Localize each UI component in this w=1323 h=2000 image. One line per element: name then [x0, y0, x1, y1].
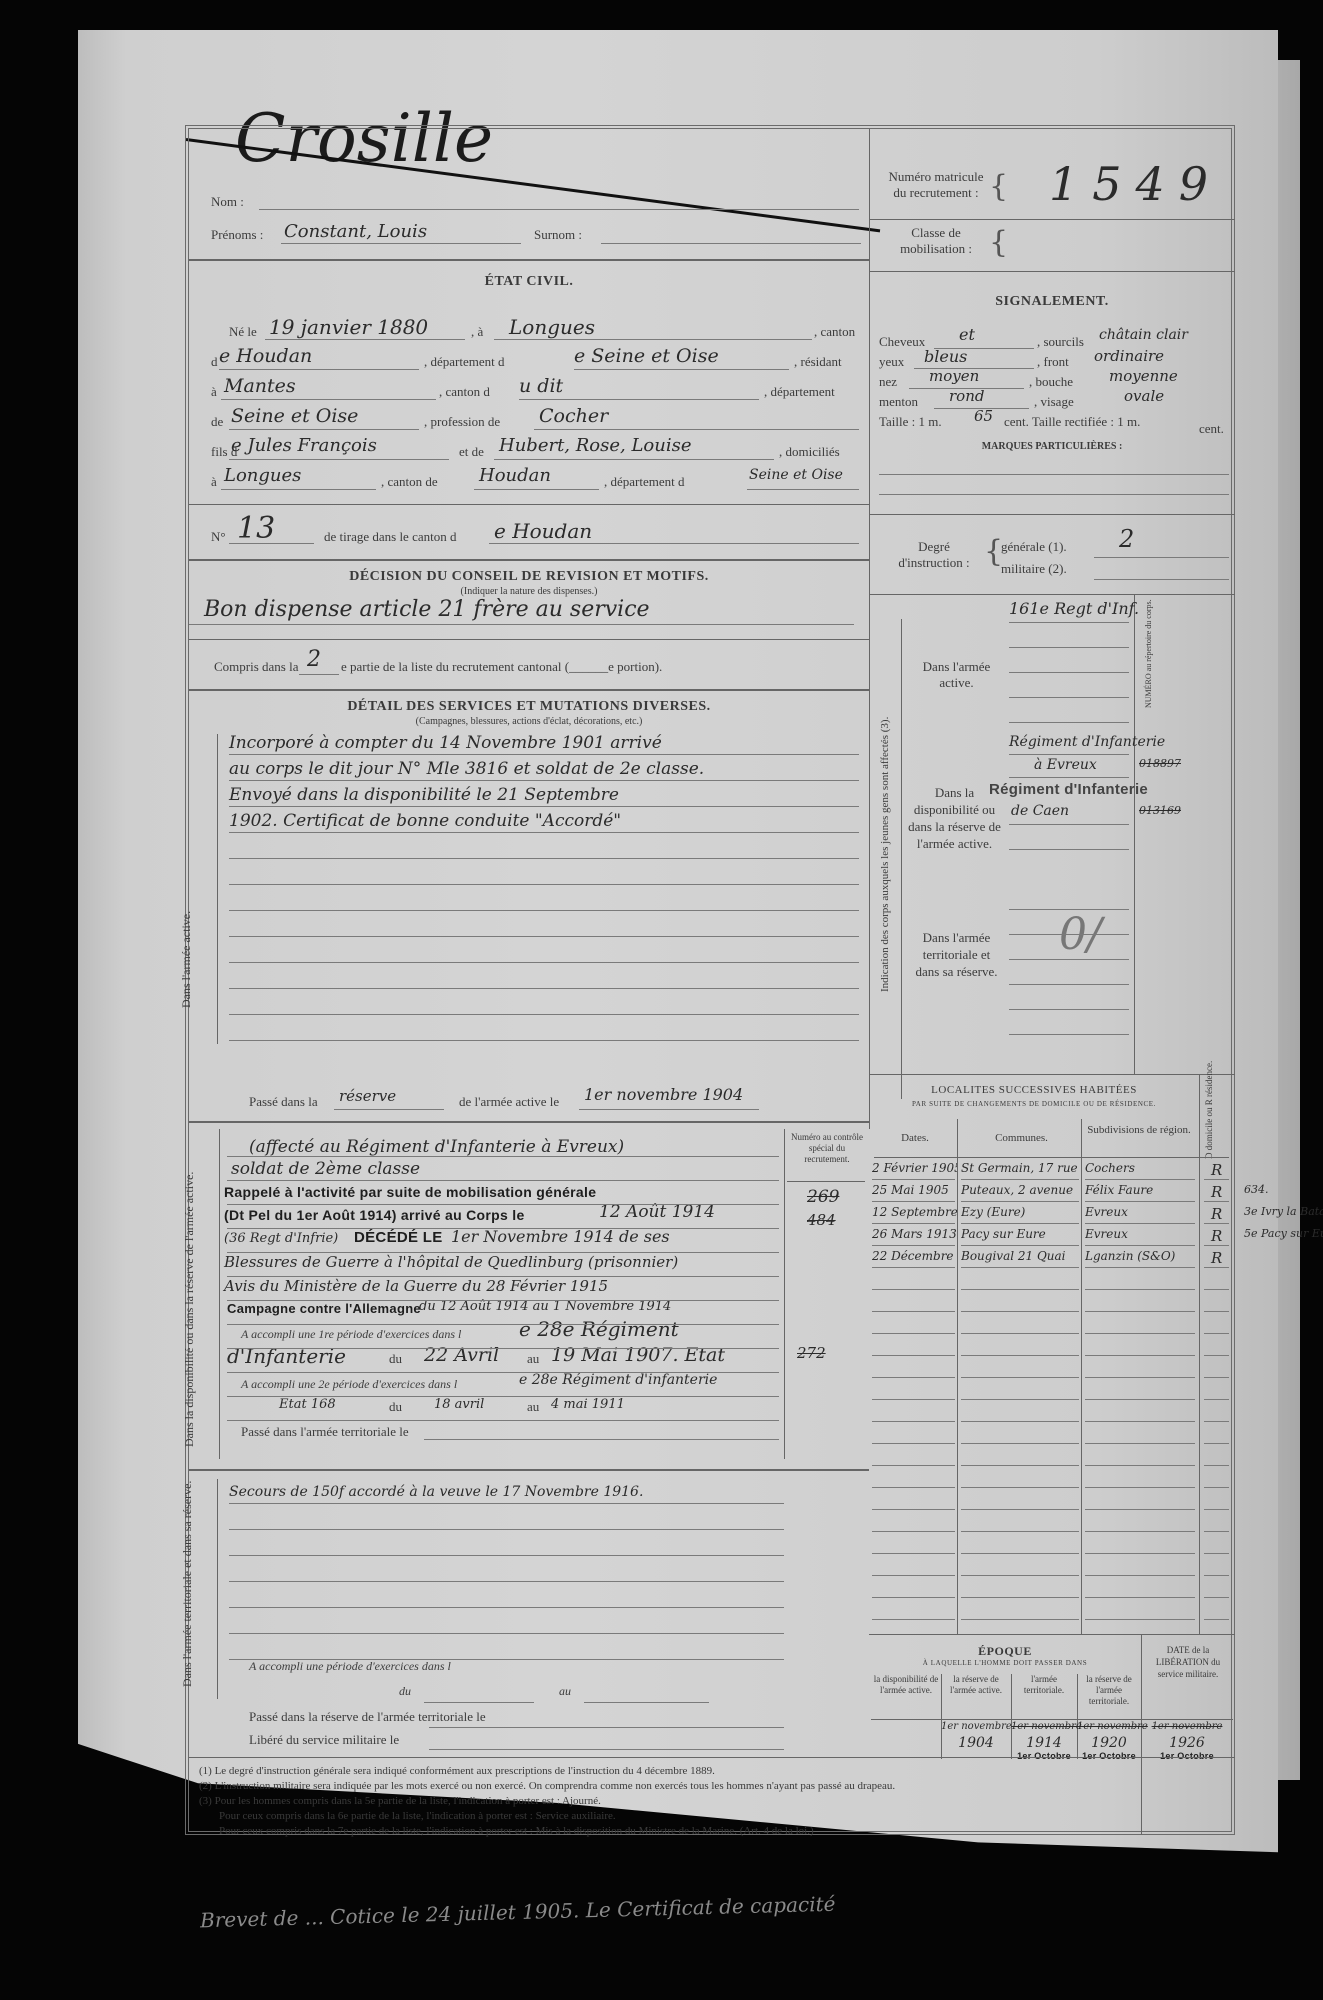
locality-dr: R	[1211, 1183, 1222, 1201]
epoque-stamp: 1er Octobre	[1011, 1751, 1077, 1761]
locality-dr: R	[1211, 1249, 1222, 1267]
sourcils-label: , sourcils	[1037, 334, 1084, 350]
dr-column-line	[1199, 1074, 1200, 1634]
canton-label: , canton	[814, 324, 855, 340]
divider	[869, 271, 1235, 272]
de-label: de	[211, 414, 223, 430]
epoque-year: 1914	[1011, 1735, 1077, 1751]
ruled-line	[961, 1223, 1079, 1224]
ruled-line	[229, 1633, 784, 1634]
residence-departement: Seine et Oise	[231, 405, 358, 427]
divider	[869, 514, 1235, 515]
decede-value: 1er Novembre 1914 de ses	[451, 1227, 670, 1246]
ruled-line	[1009, 754, 1129, 755]
divider	[871, 1719, 1233, 1720]
ruled-line	[1009, 824, 1129, 825]
decision-subtitle: (Indiquer la nature des dispenses.)	[189, 586, 869, 597]
ruled-line	[872, 1443, 955, 1444]
locality-commune: Ezy (Eure)	[961, 1205, 1081, 1219]
front-label: , front	[1037, 354, 1069, 370]
field-line	[429, 1749, 784, 1750]
ruled-line	[1204, 1553, 1229, 1554]
footnote-3: (3) Pour les hommes compris dans la 5e p…	[199, 1794, 895, 1809]
field-line	[494, 339, 812, 340]
ruled-line	[227, 1228, 779, 1229]
ruled-line	[1204, 1333, 1229, 1334]
ruled-line	[1085, 1179, 1195, 1180]
signalement-title: SIGNALEMENT.	[869, 294, 1235, 310]
ruled-line	[961, 1487, 1079, 1488]
bracket-line	[901, 619, 902, 1099]
compris-suffix: e partie de la liste du recrutement cant…	[341, 659, 662, 675]
field-line	[474, 489, 599, 490]
locality-subdivision: Cochers	[1085, 1161, 1197, 1175]
stamp-campagne: Campagne contre l'Allemagne	[227, 1301, 421, 1316]
col-dates: Dates.	[874, 1132, 956, 1144]
col-line	[957, 1119, 958, 1634]
locality-date: 26 Mars 1913	[872, 1227, 957, 1241]
canton-d-label: d	[211, 354, 218, 370]
surnom-label: Surnom :	[534, 227, 582, 243]
ruled-line	[961, 1465, 1079, 1466]
periode1-label: A accompli une 1re période d'exercices d…	[241, 1327, 461, 1342]
ruled-line	[1204, 1201, 1229, 1202]
locality-dr: R	[1211, 1161, 1222, 1179]
menton-value: rond	[949, 387, 984, 405]
locality-commune: Pacy sur Eure	[961, 1227, 1081, 1241]
ruled-line	[872, 1179, 955, 1180]
services-title: DÉTAIL DES SERVICES ET MUTATIONS DIVERSE…	[189, 699, 869, 715]
tirage-number: 13	[237, 511, 275, 546]
compris-label: Compris dans la	[214, 659, 299, 675]
corps-dispo-value-2: à Evreux	[1034, 757, 1097, 773]
compris-value: 2	[307, 647, 321, 672]
arrive-date: 12 Août 1914	[599, 1202, 715, 1222]
ruled-line	[961, 1201, 1079, 1202]
matricule-label: Numéro matricule du recrutement :	[881, 169, 991, 201]
ruled-line	[227, 1396, 779, 1397]
prenoms-value: Constant, Louis	[284, 221, 427, 242]
matricule-form: Nom : Prénoms : Constant, Louis Surnom :…	[185, 125, 1235, 1835]
ruled-line	[1204, 1245, 1229, 1246]
reserve-soldat: soldat de 2ème classe	[231, 1159, 420, 1179]
service-line: 1902. Certificat de bonne conduite "Acco…	[229, 811, 621, 831]
corps-side-label: Indication des corps auxquels les jeunes…	[879, 599, 899, 1109]
corps-dispo-num-2: 013169	[1139, 804, 1181, 817]
ruled-line	[961, 1245, 1079, 1246]
periode2-value: e 28e Régiment d'infanterie	[519, 1372, 717, 1388]
birth-place: Longues	[509, 315, 595, 339]
ruled-line	[1085, 1267, 1195, 1268]
ruled-line	[1204, 1311, 1229, 1312]
nom-label: Nom :	[211, 194, 244, 210]
footnote-4: Pour ceux compris dans la 6e partie de l…	[199, 1809, 895, 1824]
bracket-line	[217, 734, 218, 1044]
divider	[189, 689, 869, 691]
epoque-column-header: l'armée territoriale.	[1011, 1674, 1077, 1696]
ruled-line	[961, 1311, 1079, 1312]
generale-label: générale (1).	[1001, 539, 1067, 555]
epoque-stamp: 1er Octobre	[1077, 1751, 1141, 1761]
periode2-to: 4 mai 1911	[551, 1397, 625, 1412]
ruled-line	[1204, 1619, 1229, 1620]
epoque-year: 1920	[1077, 1735, 1141, 1751]
field-line	[299, 674, 339, 675]
ruled-line	[1204, 1267, 1229, 1268]
ruled-line	[872, 1311, 955, 1312]
taille-value: 65	[974, 407, 993, 425]
locality-date: 25 Mai 1905	[872, 1183, 957, 1197]
field-line	[494, 459, 774, 460]
ruled-line	[1204, 1377, 1229, 1378]
ruled-line	[227, 1204, 779, 1205]
cheveux-label: Cheveux	[879, 334, 925, 350]
numero-controle-2: 484	[807, 1211, 836, 1229]
divider	[189, 1757, 1235, 1758]
ruled-line	[872, 1487, 955, 1488]
territoriale-side-label: Dans l'armée territoriale et dans sa rés…	[179, 1474, 219, 1694]
tirage-no-label: N°	[211, 529, 226, 545]
dom-departement-label: , département d	[604, 474, 685, 490]
epoque-subtitle: À LAQUELLE L'HOMME DOIT PASSER DANS	[869, 1659, 1141, 1667]
residence-canton: u dit	[519, 375, 563, 397]
locality-margin-note: 3e Ivry la Bataille	[1244, 1205, 1323, 1218]
ruled-line	[872, 1377, 955, 1378]
ruled-line	[229, 1555, 784, 1556]
ruled-line	[229, 780, 859, 781]
ruled-line	[227, 1156, 779, 1157]
ruled-line	[227, 1324, 779, 1325]
localites-subtitle: PAR SUITE DE CHANGEMENTS DE DOMICILE OU …	[869, 1100, 1199, 1108]
ruled-line	[1085, 1289, 1195, 1290]
ruled-line	[872, 1355, 955, 1356]
field-line	[519, 399, 759, 400]
profession: Cocher	[539, 405, 608, 427]
field-line	[229, 429, 419, 430]
divider	[869, 1634, 1235, 1635]
locality-commune: Bougival 21 Quai	[961, 1249, 1081, 1263]
ruled-line	[229, 1607, 784, 1608]
front-value: ordinaire	[1094, 347, 1164, 365]
ruled-line	[1085, 1465, 1195, 1466]
ruled-line	[1204, 1597, 1229, 1598]
reserve-side-label: Dans la disponibilité ou dans la réserve…	[181, 1129, 221, 1489]
field-line	[219, 369, 419, 370]
ruled-line	[872, 1619, 955, 1620]
locality-date: 12 Septembre 1911	[872, 1205, 957, 1219]
profession-label: , profession de	[424, 414, 500, 430]
ruled-line	[961, 1597, 1079, 1598]
ruled-line	[229, 1581, 784, 1582]
field-line	[489, 543, 859, 544]
ruled-line	[227, 1372, 779, 1373]
field-line	[334, 1109, 444, 1110]
ruled-line	[872, 1465, 955, 1466]
reserve-avis: Avis du Ministère de la Guerre du 28 Fév…	[224, 1277, 608, 1295]
col-line	[1081, 1119, 1082, 1634]
col-subdivisions: Subdivisions de région.	[1084, 1124, 1194, 1136]
ruled-line	[1085, 1443, 1195, 1444]
ruled-line	[961, 1333, 1079, 1334]
militaire-label: militaire (2).	[1001, 561, 1067, 577]
epoque-day: 1er novembre	[1011, 1721, 1077, 1732]
field-line	[534, 429, 859, 430]
column-divider	[869, 129, 870, 1129]
divider	[787, 1181, 865, 1182]
ruled-line	[872, 1201, 955, 1202]
stamp-decret: (Dt Pel du 1er Août 1914) arrivé au Corp…	[224, 1207, 525, 1223]
nom-line	[259, 209, 859, 210]
locality-subdivision: Félix Faure	[1085, 1183, 1197, 1197]
ruled-line	[229, 858, 859, 859]
periode1-etat: 272	[797, 1344, 826, 1362]
ruled-line	[1085, 1619, 1195, 1620]
ruled-line	[227, 1420, 779, 1421]
ruled-line	[879, 494, 1229, 495]
decision-value: Bon dispense article 21 frère au service	[204, 597, 650, 622]
prenoms-label: Prénoms :	[211, 227, 263, 243]
periode2-from: 18 avril	[434, 1397, 484, 1412]
ruled-line	[961, 1179, 1079, 1180]
birth-canton: e Houdan	[219, 345, 312, 367]
parents-departement: Seine et Oise	[749, 467, 843, 483]
terr-periode-label: A accompli une période d'exercices dans …	[249, 1659, 451, 1674]
ruled-line	[872, 1245, 955, 1246]
ruled-line	[227, 1252, 779, 1253]
periode2-etat: Etat 168	[279, 1397, 336, 1412]
ruled-line	[1009, 934, 1129, 935]
field-line	[584, 1702, 709, 1703]
field-line	[574, 369, 789, 370]
classe-label: Classe de mobilisation :	[881, 225, 991, 257]
reserve-affecte: (affecté au Régiment d'Infanterie à Evre…	[249, 1137, 624, 1157]
field-line	[424, 1439, 779, 1440]
ruled-line	[1009, 622, 1129, 623]
locality-date: 22 Décembre 1913	[872, 1249, 957, 1263]
ruled-line	[1204, 1179, 1229, 1180]
numero-repertoire-label: NUMÉRO au répertoire du corps.	[1144, 599, 1174, 709]
ruled-line	[961, 1377, 1079, 1378]
footnote-1: (1) Le degré d'instruction générale sera…	[199, 1764, 895, 1779]
terr-reserve-label: Passé dans la réserve de l'armée territo…	[249, 1709, 486, 1725]
ruled-line	[961, 1575, 1079, 1576]
ruled-line	[1085, 1597, 1195, 1598]
service-line: au corps le dit jour N° Mle 3816 et sold…	[229, 759, 704, 779]
ruled-line	[229, 1040, 859, 1041]
ruled-line	[227, 1348, 779, 1349]
ruled-line	[1204, 1355, 1229, 1356]
field-line	[221, 399, 436, 400]
field-line	[1094, 579, 1229, 580]
ruled-line	[227, 1300, 779, 1301]
ruled-line	[961, 1399, 1079, 1400]
campagne-value: du 12 Août 1914 au 1 Novembre 1914	[419, 1299, 671, 1314]
passe-date: 1er novembre 1904	[584, 1085, 743, 1104]
cent-label: cent. Taille rectifiée : 1 m.	[1004, 414, 1140, 430]
ruled-line	[1204, 1509, 1229, 1510]
ruled-line	[872, 1289, 955, 1290]
service-line: Incorporé à compter du 14 Novembre 1901 …	[229, 733, 662, 753]
ruled-line	[1009, 1009, 1129, 1010]
ruled-line	[1085, 1377, 1195, 1378]
ruled-line	[1009, 697, 1129, 698]
ruled-line	[229, 988, 859, 989]
mother-name: Hubert, Rose, Louise	[499, 435, 692, 456]
marques-label: MARQUES PARTICULIÈRES :	[869, 441, 1235, 452]
prenoms-line	[281, 243, 521, 244]
ruled-line	[1009, 672, 1129, 673]
ruled-line	[229, 910, 859, 911]
ruled-line	[1085, 1333, 1195, 1334]
ruled-line	[1085, 1311, 1195, 1312]
passe-value: réserve	[339, 1087, 396, 1105]
ruled-line	[1085, 1223, 1195, 1224]
locality-date: 2 Février 1905	[872, 1161, 957, 1175]
yeux-value: bleus	[924, 347, 967, 366]
services-subtitle: (Campagnes, blessures, actions d'éclat, …	[189, 716, 869, 727]
divider	[874, 1157, 1229, 1158]
field-line	[424, 1702, 534, 1703]
footnotes: (1) Le degré d'instruction générale sera…	[199, 1764, 895, 1839]
visage-value: ovale	[1124, 387, 1164, 405]
epoque-column-header: la disponibilité de l'armée active.	[871, 1674, 941, 1696]
ruled-line	[872, 1223, 955, 1224]
locality-dr: R	[1211, 1205, 1222, 1223]
ruled-line	[872, 1575, 955, 1576]
ruled-line	[961, 1553, 1079, 1554]
divider	[869, 594, 1235, 595]
ruled-line	[872, 1509, 955, 1510]
ruled-line	[1009, 1034, 1129, 1035]
parents-domicile: Longues	[224, 465, 301, 486]
bottom-pencil-note: Brevet de ... Cotice le 24 juillet 1905.…	[200, 1892, 836, 1933]
corps-dispo-value-3: de Caen	[1011, 803, 1069, 819]
field-line	[265, 339, 465, 340]
field-line	[221, 489, 376, 490]
degre-label: Degré d'instruction :	[889, 539, 979, 571]
reserve-territoriale-label: Passé dans l'armée territoriale le	[241, 1424, 409, 1440]
father-name: e Jules François	[231, 435, 377, 456]
bracket-line	[217, 1479, 218, 1699]
locality-margin-note: 634.	[1244, 1183, 1269, 1196]
a-label: , à	[471, 324, 483, 340]
ruled-line	[1085, 1553, 1195, 1554]
locality-dr: R	[1211, 1227, 1222, 1245]
epoque-stamp: 1er Octobre	[1141, 1751, 1233, 1761]
ruled-line	[229, 1503, 784, 1504]
ruled-line	[872, 1531, 955, 1532]
departement-label: , département d	[424, 354, 505, 370]
services-side-label: Dans l'armée active.	[179, 749, 209, 1169]
ruled-line	[1009, 777, 1129, 778]
ruled-line	[961, 1267, 1079, 1268]
etat-civil-title: ÉTAT CIVIL.	[189, 274, 869, 290]
sourcils-value: châtain clair	[1099, 327, 1188, 343]
parents-canton: Houdan	[479, 465, 551, 486]
ruled-line	[961, 1531, 1079, 1532]
stamp-rappele: Rappelé à l'activité par suite de mobili…	[224, 1184, 596, 1200]
tirage-canton: e Houdan	[494, 519, 592, 543]
ruled-line	[229, 936, 859, 937]
epoque-year: 1904	[941, 1735, 1011, 1751]
surnom-line	[601, 243, 861, 244]
periode2-au: au	[527, 1399, 539, 1415]
dom-canton-label: , canton de	[381, 474, 438, 490]
corps-dispo-value-1: Régiment d'Infanterie	[1009, 734, 1165, 750]
birth-departement: e Seine et Oise	[574, 345, 719, 367]
ruled-line	[1204, 1399, 1229, 1400]
ruled-line	[229, 962, 859, 963]
bouche-value: moyenne	[1109, 367, 1178, 385]
ruled-line	[1085, 1201, 1195, 1202]
divider	[189, 1121, 869, 1123]
regt-note: (36 Regt d'Infrie)	[224, 1231, 338, 1246]
periode2-du: du	[389, 1399, 402, 1415]
menton-label: menton	[879, 394, 918, 410]
ruled-line	[872, 1597, 955, 1598]
domicilies-label: , domiciliés	[779, 444, 840, 460]
ruled-line	[961, 1509, 1079, 1510]
locality-subdivision: Lganzin (S&O)	[1085, 1249, 1197, 1263]
yeux-label: yeux	[879, 354, 904, 370]
generale-value: 2	[1119, 525, 1134, 553]
ruled-line	[961, 1619, 1079, 1620]
periode1-value: e 28e Régiment	[519, 1317, 679, 1341]
canton-d2-label: , canton d	[439, 384, 490, 400]
numero-controle-1: 269	[807, 1187, 839, 1207]
corps-territoriale-label: Dans l'armée territoriale et dans sa rés…	[914, 929, 999, 980]
stamp-decede: DÉCÉDÉ LE	[354, 1229, 443, 1246]
taille-label: Taille : 1 m.	[879, 414, 942, 430]
terr-du-label: du	[399, 1684, 411, 1699]
ruled-line	[1204, 1289, 1229, 1290]
locality-subdivision: Evreux	[1085, 1205, 1197, 1219]
divider	[189, 259, 869, 261]
ruled-line	[1085, 1421, 1195, 1422]
periode1-du: du	[389, 1351, 402, 1367]
numero-controle-line	[784, 1129, 785, 1459]
field-line	[229, 543, 314, 544]
ruled-line	[1085, 1399, 1195, 1400]
ruled-line	[229, 754, 859, 755]
birth-date: 19 janvier 1880	[269, 315, 428, 339]
ruled-line	[879, 474, 1229, 475]
field-line	[189, 624, 854, 625]
numero-column-line	[1134, 594, 1135, 1074]
field-line	[579, 1109, 759, 1110]
ruled-line	[1009, 959, 1129, 960]
ruled-line	[1204, 1575, 1229, 1576]
classe-brace: {	[989, 225, 1008, 260]
numero-controle-label: Numéro au contrôle spécial du recrutemen…	[787, 1132, 867, 1165]
ruled-line	[1085, 1509, 1195, 1510]
ruled-line	[1085, 1575, 1195, 1576]
reserve-blessures: Blessures de Guerre à l'hôpital de Quedl…	[224, 1253, 678, 1271]
ruled-line	[961, 1289, 1079, 1290]
ruled-line	[229, 884, 859, 885]
epoque-year: 1926	[1141, 1735, 1233, 1751]
ne-le-label: Né le	[229, 324, 257, 340]
ruled-line	[1085, 1355, 1195, 1356]
cheveux-value: et	[959, 325, 975, 344]
nez-label: nez	[879, 374, 897, 390]
ruled-line	[961, 1443, 1079, 1444]
ruled-line	[872, 1399, 955, 1400]
ruled-line	[961, 1355, 1079, 1356]
ruled-line	[227, 1180, 779, 1181]
epoque-column-header: la réserve de l'armée active.	[941, 1674, 1011, 1696]
ruled-line	[1009, 909, 1129, 910]
